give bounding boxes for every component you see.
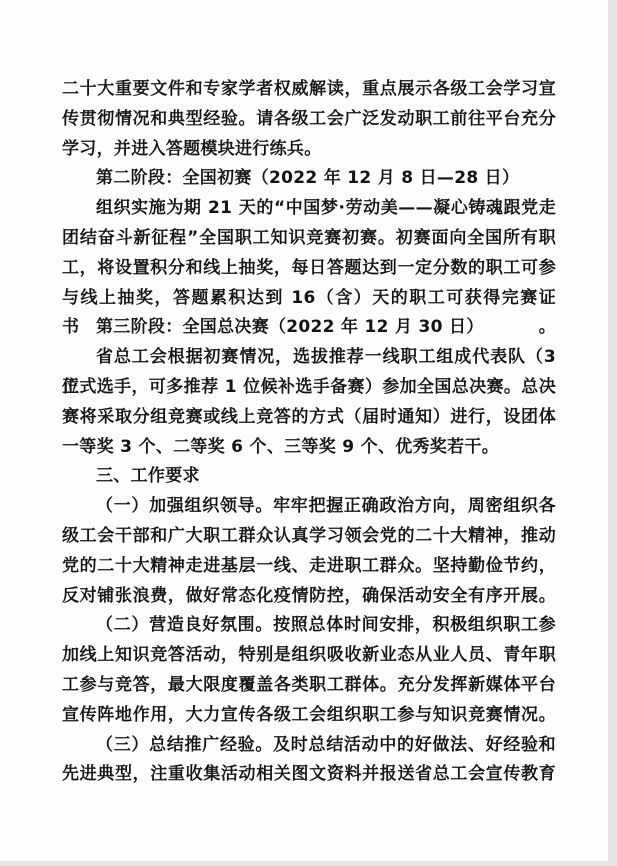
document-line: 党的二十大精神走进基层一线、走进职工群众。坚持勤俭节约， [62, 552, 556, 582]
document-line: 正式选手，可多推荐 1 位候补选手备赛）参加全国总决赛。总决 [62, 373, 556, 403]
document-line: 级工会干部和广大职工群众认真学习领会党的二十大精神，推动 [62, 522, 556, 552]
document-line: 与线上抽奖，答题累积达到 16（含）天的职工可获得完赛证书。 [62, 284, 556, 314]
document-line: 组织实施为期 21 天的“中国梦·劳动美——凝心铸魂跟党走 [62, 194, 556, 224]
document-line: （一）加强组织领导。牢牢把握正确政治方向，周密组织各 [62, 492, 556, 522]
document-line: 第二阶段：全国初赛（2022 年 12 月 8 日—28 日） [62, 164, 556, 194]
document-line: 二十大重要文件和专家学者权威解读，重点展示各级工会学习宣 [62, 75, 556, 105]
document-line: 赛将采取分组竞赛或线上竞答的方式（届时通知）进行，设团体 [62, 403, 556, 433]
document-line: 学习，并进入答题模块进行练兵。 [62, 135, 556, 165]
document-text-block: 二十大重要文件和专家学者权威解读，重点展示各级工会学习宣传贯彻情况和典型经验。请… [62, 75, 556, 790]
document-line: 工参与竞答，最大限度覆盖各类职工群体。充分发挥新媒体平台 [62, 671, 556, 701]
document-line: 宣传阵地作用，大力宣传各级工会组织职工参与知识竞赛情况。 [62, 701, 556, 731]
document-line: 三、工作要求 [62, 462, 556, 492]
document-line: （二）营造良好氛围。按照总体时间安排，积极组织职工参 [62, 611, 556, 641]
document-line: 传贯彻情况和典型经验。请各级工会广泛发动职工前往平台充分 [62, 105, 556, 135]
scanned-document-page: 二十大重要文件和专家学者权威解读，重点展示各级工会学习宣传贯彻情况和典型经验。请… [0, 0, 617, 866]
document-line: 第三阶段：全国总决赛（2022 年 12 月 30 日） [62, 313, 556, 343]
document-line: （三）总结推广经验。及时总结活动中的好做法、好经验和 [62, 731, 556, 761]
scan-edge-shadow-bottom [0, 861, 617, 866]
document-line: 加线上知识竞答活动，特别是组织吸收新业态从业人员、青年职 [62, 641, 556, 671]
document-line: 省总工会根据初赛情况，选拔推荐一线职工组成代表队（3 位 [62, 343, 556, 373]
document-line: 先进典型，注重收集活动相关图文资料并报送省总工会宣传教育 [62, 760, 556, 790]
scan-edge-shadow-right [608, 0, 617, 866]
document-line: 反对铺张浪费，做好常态化疫情防控，确保活动安全有序开展。 [62, 582, 556, 612]
document-line: 团结奋斗新征程”全国职工知识竞赛初赛。初赛面向全国所有职 [62, 224, 556, 254]
document-line: 工，将设置积分和线上抽奖，每日答题达到一定分数的职工可参 [62, 254, 556, 284]
document-line: 一等奖 3 个、二等奖 6 个、三等奖 9 个、优秀奖若干。 [62, 433, 556, 463]
